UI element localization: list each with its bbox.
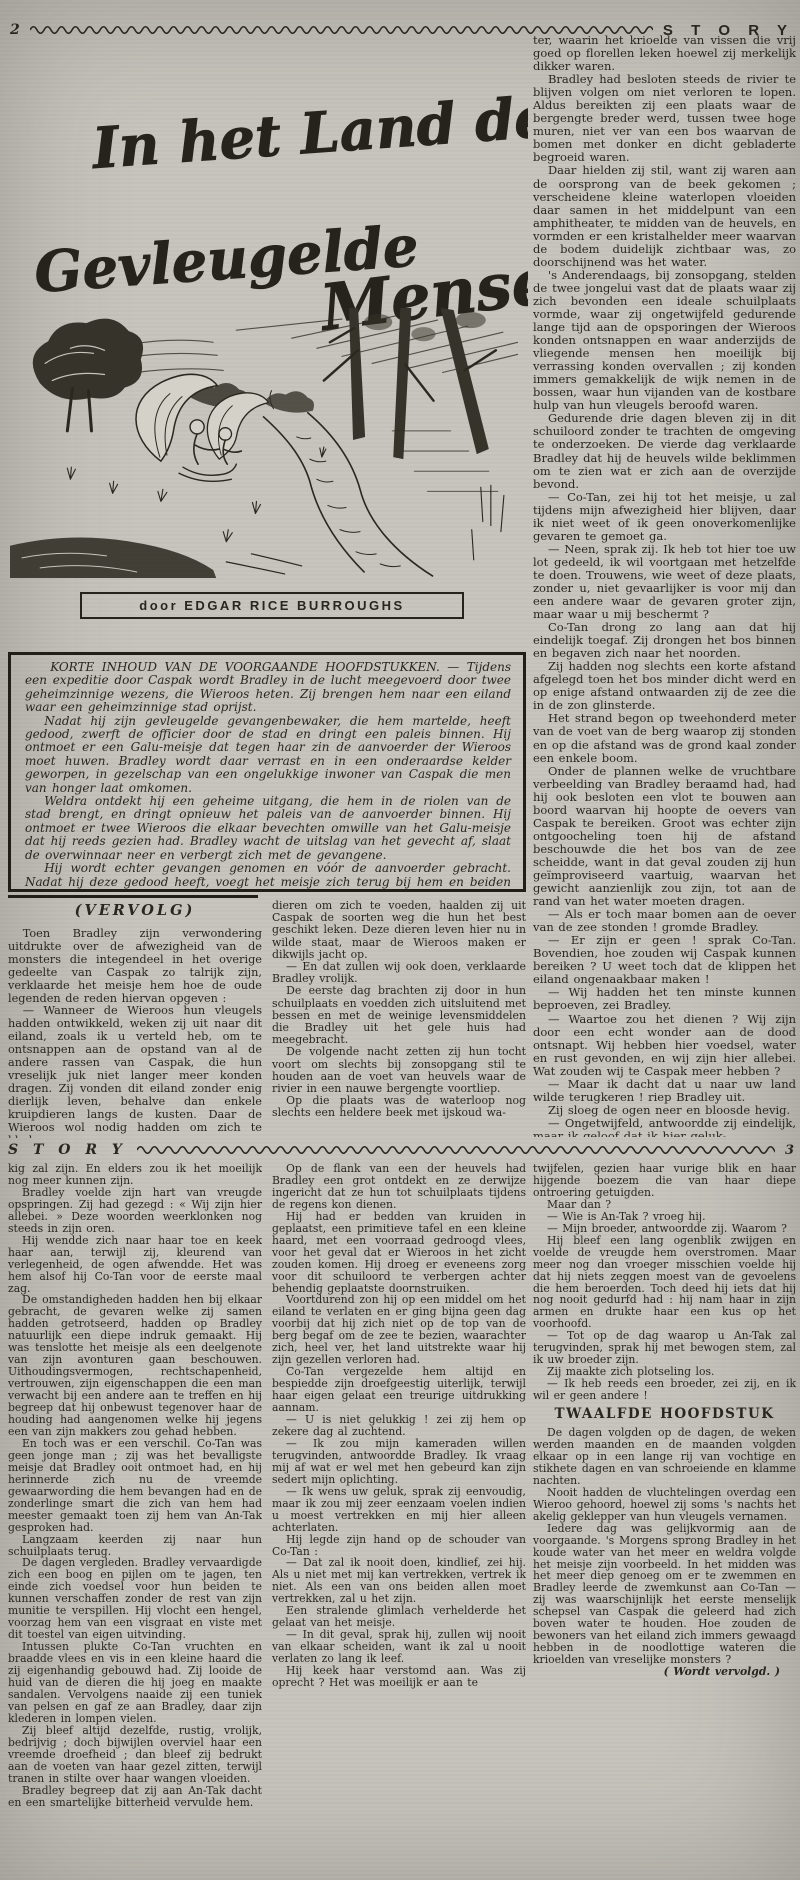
summary-box-underline	[8, 895, 258, 898]
paragraph: KORTE INHOUD VAN DE VOORGAANDE HOOFDSTUK…	[25, 661, 511, 715]
paragraph: Bradley had besloten steeds de rivier te…	[533, 73, 796, 164]
paragraph: 's Anderendaags, bij zonsopgang, stelden…	[533, 269, 796, 413]
text-column-left-bottom: kig zal zijn. En elders zou ik het moeil…	[8, 1163, 262, 1869]
paragraph: dieren om zich te voeden, haalden zij ui…	[272, 900, 526, 961]
paragraph: De dagen volgden op de dagen, de weken w…	[533, 1427, 796, 1487]
paragraph: Bradley begreep dat zij aan An-Tak dacht…	[8, 1785, 262, 1809]
paragraph: De volgende nacht zetten zij hun tocht v…	[272, 1046, 526, 1095]
paragraph: — En dat zullen wij ook doen, verklaarde…	[272, 961, 526, 985]
paragraph: — Ik wens uw geluk, sprak zij eenvoudig,…	[272, 1486, 526, 1534]
mid-page-divider: S T O R Y 3	[8, 1141, 794, 1159]
paragraph: — Waartoe zou het dienen ? Wij zijn door…	[533, 1013, 796, 1078]
left-tree	[33, 319, 143, 431]
paragraph: Daar hielden zij stil, want zij waren aa…	[533, 164, 796, 268]
paragraph: Hij legde zijn hand op de schouder van C…	[272, 1534, 526, 1558]
paragraph: Gedurende drie dagen bleven zij in dit s…	[533, 412, 796, 490]
paragraph: Iedere dag was gelijkvormig aan de voorg…	[533, 1523, 796, 1666]
paragraph: kig zal zijn. En elders zou ik het moeil…	[8, 1163, 262, 1187]
paragraph: — Tot op de dag waarop u An-Tak zal teru…	[533, 1330, 796, 1366]
title-line-1: In het Land der	[88, 82, 528, 182]
paragraph: — Dat zal ik nooit doen, kindlief, zei h…	[272, 1557, 526, 1605]
divider-page-number: 3	[785, 1143, 794, 1158]
paragraph: — Ongetwijfeld, antwoordde zij eindelijk…	[533, 1117, 796, 1137]
paragraph: — Er zijn er geen ! sprak Co-Tan. Bovend…	[533, 934, 796, 986]
text-column-middle-top: dieren om zich te voeden, haalden zij ui…	[272, 900, 526, 1138]
paragraph: — Als er toch maar bomen aan de oever va…	[533, 908, 796, 934]
paragraph: Hij had er bedden van kruiden in geplaat…	[272, 1211, 526, 1295]
paragraph: — Wie is An-Tak ? vroeg hij.	[533, 1211, 796, 1223]
text-column-middle-bottom: Op de flank van een der heuvels had Brad…	[272, 1163, 526, 1726]
summary-box: KORTE INHOUD VAN DE VOORGAANDE HOOFDSTUK…	[8, 652, 526, 892]
paragraph: Zij sloeg de ogen neer en bloosde hevig.	[533, 1104, 796, 1117]
story-title: In het Land der Gevleugelde Mensen	[8, 48, 528, 340]
paragraph: Het strand begon op tweehonderd meter va…	[533, 712, 796, 764]
paragraph: Zij hadden nog slechts een korte afstand…	[533, 660, 796, 712]
paragraph: Zij bleef altijd dezelfde, rustig, vroli…	[8, 1725, 262, 1785]
paragraph: De eerste dag brachten zij door in hun s…	[272, 985, 526, 1046]
paragraph: Een stralende glimlach verhelderde het g…	[272, 1605, 526, 1629]
paragraph: Hij wordt echter gevangen genomen en vóó…	[25, 862, 511, 892]
magazine-page: 2 S T O R Y In het Land der Gevleugelde …	[0, 0, 800, 1880]
paragraph: Op die plaats was de waterloop nog slech…	[272, 1095, 526, 1119]
divider-squiggle-rule	[137, 1145, 775, 1155]
paragraph: — Wij hadden het ten minste kunnen bepro…	[533, 986, 796, 1012]
paragraph: Hij keek haar verstomd aan. Was zij opre…	[272, 1665, 526, 1689]
paragraph: — Wanneer de Wieroos hun vleugels hadden…	[8, 1005, 262, 1138]
paragraph: — Ik zou mijn kameraden willen terugvind…	[272, 1438, 526, 1486]
paragraph: Hij bleef een lang ogenblik zwijgen en v…	[533, 1235, 796, 1331]
paragraph: ter, waarin het krioelde van vissen die …	[533, 34, 796, 73]
paragraph: Bradley voelde zijn hart van vreugde ops…	[8, 1187, 262, 1235]
chapter-heading: TWAALFDE HOOFDSTUK	[533, 1409, 796, 1421]
chapter-twelve-opening: De dagen volgden op de dagen, de weken w…	[533, 1427, 796, 1666]
paragraph: — In dit geval, sprak hij, zullen wij no…	[272, 1629, 526, 1665]
winged-figures	[136, 374, 269, 481]
paragraph: Op de flank van een der heuvels had Brad…	[272, 1163, 526, 1211]
story-illustration	[10, 308, 518, 578]
closing-line: ( Wordt vervolgd. )	[533, 1666, 796, 1678]
stream	[263, 391, 432, 576]
paragraph: Toen Bradley zijn verwondering uitdrukte…	[8, 928, 262, 1005]
paragraph: Hij wendde zich naar haar toe en keek ha…	[8, 1235, 262, 1295]
divider-magazine-name: S T O R Y	[8, 1142, 127, 1158]
paragraph: — Mijn broeder, antwoordde zij. Waarom ?	[533, 1223, 796, 1235]
page-number: 2	[10, 22, 20, 38]
paragraph: Voortdurend zon hij op een middel om het…	[272, 1294, 526, 1366]
paragraph: Co-Tan drong zo lang aan dat hij eindeli…	[533, 621, 796, 660]
foreground-bank	[10, 538, 302, 578]
paragraph: — Neen, sprak zij. Ik heb tot hier toe u…	[533, 543, 796, 621]
continuation-heading: (VERVOLG)	[8, 902, 262, 919]
paragraph: twijfelen, gezien haar vurige blik en ha…	[533, 1163, 796, 1199]
paragraph: Nooit hadden de vluchtelingen overdag ee…	[533, 1487, 796, 1523]
paragraph: Nadat hij zijn gevleugelde gevangenbewak…	[25, 715, 511, 795]
paragraph: Onder de plannen welke de vruchtbare ver…	[533, 765, 796, 909]
right-trees	[324, 308, 496, 459]
paragraph: — Ik heb reeds een broeder, zei zij, en …	[533, 1378, 796, 1402]
byline-box: door EDGAR RICE BURROUGHS	[80, 592, 464, 619]
text-column-right-top: ter, waarin het krioelde van vissen die …	[533, 34, 796, 1137]
paragraph: Weldra ontdekt hij een geheime uitgang, …	[25, 795, 511, 862]
paragraph: Langzaam keerden zij naar hun schuilplaa…	[8, 1534, 262, 1558]
paragraph: Intussen plukte Co-Tan vruchten en braad…	[8, 1641, 262, 1725]
paragraph: En toch was er een verschil. Co-Tan was …	[8, 1438, 262, 1534]
paragraph: — Maar ik dacht dat u naar uw land wilde…	[533, 1078, 796, 1104]
chapter-eleven-ending: twijfelen, gezien haar vurige blik en ha…	[533, 1163, 796, 1402]
byline: door EDGAR RICE BURROUGHS	[139, 598, 404, 613]
paragraph: De dagen vergleden. Bradley vervaardigde…	[8, 1557, 262, 1641]
paragraph: — Co-Tan, zei hij tot het meisje, u zal …	[533, 491, 796, 543]
text-column-left-top: Toen Bradley zijn verwondering uitdrukte…	[8, 928, 262, 1138]
paragraph: De omstandigheden hadden hen bij elkaar …	[8, 1294, 262, 1437]
paragraph: — U is niet gelukkig ! zei zij hem op ze…	[272, 1414, 526, 1438]
text-column-right-bottom: twijfelen, gezien haar vurige blik en ha…	[533, 1163, 796, 1726]
paragraph: Co-Tan vergezelde hem altijd en bespiedd…	[272, 1366, 526, 1414]
